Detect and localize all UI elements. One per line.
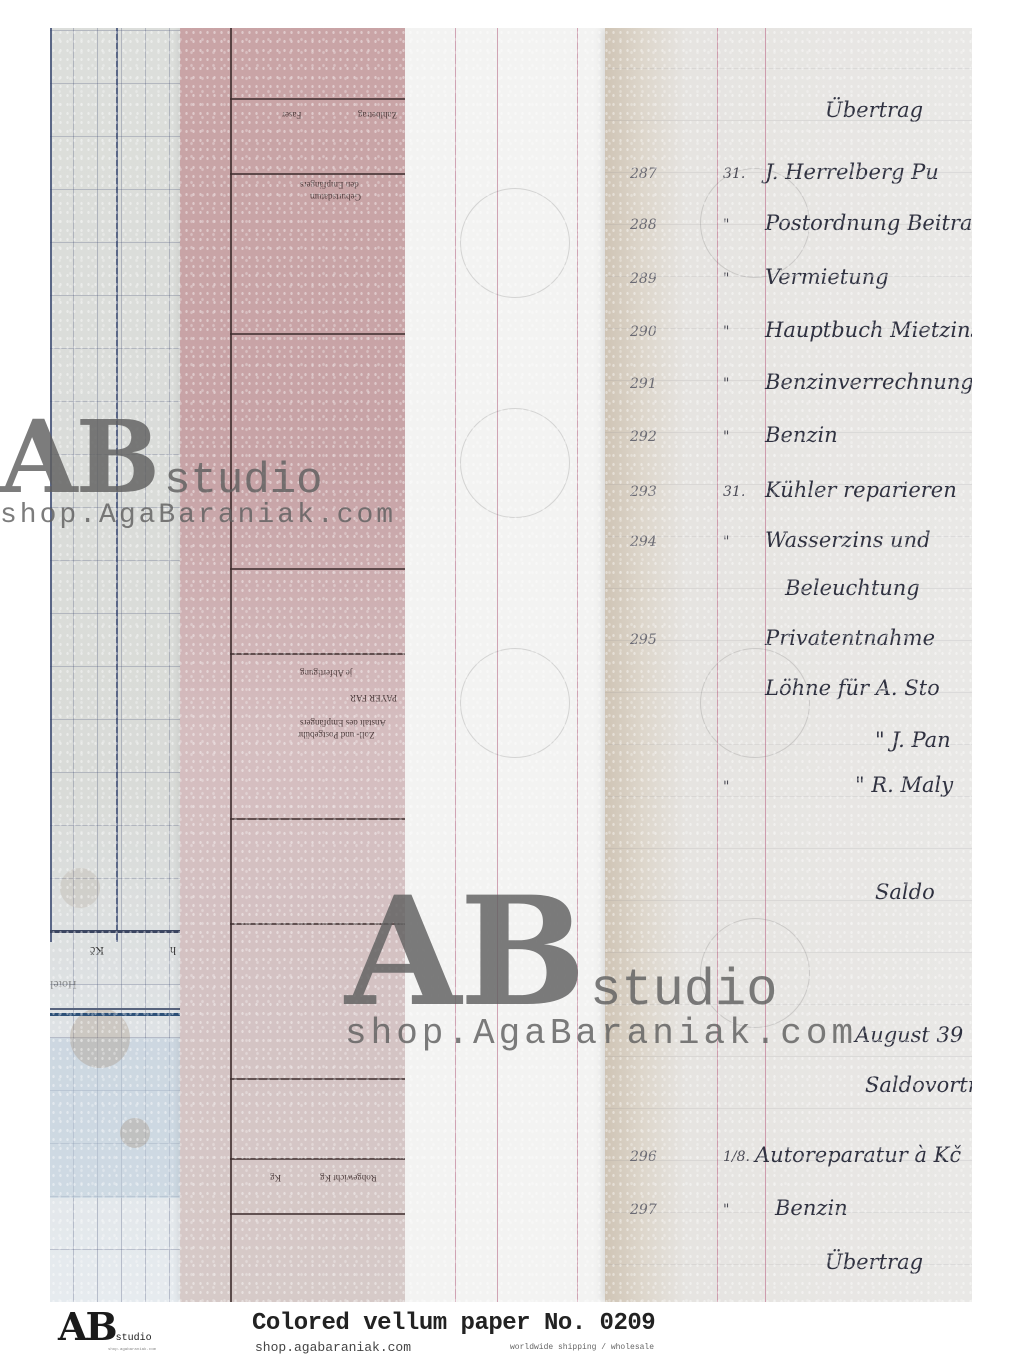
form-label: Faser xyxy=(282,110,302,120)
form-rule xyxy=(230,818,412,820)
form-label: Zahlbetrag xyxy=(358,110,397,120)
watermark-url: shop.AgaBaraniak.com xyxy=(345,1013,857,1054)
watermark-word: studio xyxy=(590,961,777,1020)
ledger-entry-text: " J. Pan xyxy=(875,728,951,752)
ledger-entry-text: Benzin xyxy=(765,423,838,447)
grid-label: h xyxy=(170,943,176,958)
pink-form-strip: Faser Zahlbetrag den Empfängers Geburtsd… xyxy=(180,28,412,1302)
form-label: Rohgewicht Kg xyxy=(320,1173,377,1183)
ledger-rule xyxy=(605,1056,972,1057)
form-label: den Empfängers xyxy=(300,180,359,190)
brand-logo: ABstudio shop.agabaraniak.com xyxy=(58,1304,152,1349)
form-rule xyxy=(230,98,412,100)
ledger-entry-text: Kühler reparieren xyxy=(765,478,957,502)
shipping-note: worldwide shipping / wholesale xyxy=(510,1343,654,1352)
ledger-entry-text: Saldovortrag xyxy=(865,1073,972,1097)
ledger-entry-number: 290 xyxy=(630,324,657,340)
ledger-entry-text: Beleuchtung xyxy=(785,576,920,600)
grid-label: Kč xyxy=(90,943,104,958)
ledger-entry-date: " xyxy=(723,217,729,233)
watermark-stamp xyxy=(460,648,570,758)
form-rule xyxy=(230,1213,412,1215)
watermark-stamp xyxy=(460,188,570,298)
form-rule xyxy=(230,173,412,175)
ledger-entry-text: Privatentnahme xyxy=(765,626,935,650)
ledger-entry-number: 296 xyxy=(630,1149,657,1165)
product-footer: ABstudio shop.agabaraniak.com Colored ve… xyxy=(0,1302,1036,1354)
ledger-entry-number: 287 xyxy=(630,166,657,182)
watermark-letters: AB xyxy=(0,398,158,516)
coffee-stain xyxy=(60,868,100,908)
grid-label: Hotel xyxy=(50,977,77,992)
ledger-entry-date: " xyxy=(723,1202,729,1218)
ledger-entry-date: " xyxy=(723,429,729,445)
handwritten-ledger-strip: Übertrag28731.J. Herrelberg Pu288"Postor… xyxy=(605,28,972,1302)
coffee-stain xyxy=(120,1118,150,1148)
ledger-entry-text: Postordnung Beitrag xyxy=(765,211,972,235)
logo-letters: AB xyxy=(58,1304,116,1349)
ledger-entry-text: Benzin xyxy=(775,1196,848,1220)
form-label: Anstalt des Empfängers xyxy=(300,718,386,728)
ledger-entry-date: " xyxy=(723,534,729,550)
watermark-stamp xyxy=(460,408,570,518)
ledger-entry-number: 297 xyxy=(630,1202,657,1218)
logo-tagline: shop.agabaraniak.com xyxy=(108,1348,156,1352)
ledger-entry-number: 294 xyxy=(630,534,657,550)
form-rule xyxy=(230,653,412,655)
ledger-entry-date: 31. xyxy=(723,166,745,182)
form-label: Kg xyxy=(270,1173,281,1183)
watermark-logo: ABstudio shop.AgaBaraniak.com xyxy=(345,880,857,1054)
watermark-word: studio xyxy=(164,456,322,506)
ledger-entry-date: " xyxy=(723,271,729,287)
form-label: Zoll- und Postgebühr xyxy=(298,730,375,740)
ledger-entry-number: 292 xyxy=(630,429,657,445)
ledger-entry-date: " xyxy=(723,376,729,392)
ledger-entry-text: Saldo xyxy=(875,880,935,904)
form-rule xyxy=(230,333,412,335)
form-rule xyxy=(230,28,232,1302)
product-title: Colored vellum paper No. 0209 xyxy=(252,1310,655,1337)
ledger-entry-text: Löhne für A. Sto xyxy=(765,676,940,700)
ledger-rule xyxy=(605,1108,972,1109)
white-vellum-strip xyxy=(405,28,615,1302)
ledger-entry-text: Übertrag xyxy=(825,98,923,122)
ledger-entry-date: 31. xyxy=(723,484,745,500)
form-rule xyxy=(230,1078,412,1080)
margin-line xyxy=(577,28,578,1302)
ledger-entry-text: " R. Maly xyxy=(855,773,953,797)
ledger-entry-text: Wasserzins und xyxy=(765,528,931,552)
ledger-entry-text: Hauptbuch Mietzins xyxy=(765,318,972,342)
ledger-entry-number: 295 xyxy=(630,632,657,648)
form-label: je Abfertigung xyxy=(300,668,352,678)
coffee-stain xyxy=(70,1008,130,1068)
margin-line xyxy=(455,28,456,1302)
ledger-entry-date: " xyxy=(723,324,729,340)
ledger-entry-number: 289 xyxy=(630,271,657,287)
ledger-entry-number: 293 xyxy=(630,484,657,500)
ledger-entry-text: Benzinverrechnung xyxy=(765,370,972,394)
form-rule xyxy=(230,568,412,570)
watermark-stamp xyxy=(700,648,810,758)
ledger-entry-text: Autoreparatur à Kč xyxy=(755,1143,961,1167)
ledger-entry-number: 288 xyxy=(630,217,657,233)
ledger-entry-text: Übertrag xyxy=(825,1250,923,1274)
ledger-rule xyxy=(605,68,972,69)
form-rule xyxy=(230,1158,412,1160)
ledger-entry-number: 291 xyxy=(630,376,657,392)
shop-url-link[interactable]: shop.agabaraniak.com xyxy=(255,1340,411,1354)
ledger-rule xyxy=(605,848,972,849)
logo-word: studio xyxy=(116,1333,152,1344)
vellum-paper-artwork: Kč h Hotel Preis Faser Zahlbetrag den Em… xyxy=(50,28,972,1302)
form-label: Geburtsdatum xyxy=(310,192,361,202)
ledger-entry-text: Vermietung xyxy=(765,265,889,289)
form-label: PAYER FAR xyxy=(350,693,397,703)
ledger-entry-text: August 39 xyxy=(855,1023,963,1047)
ledger-entry-text: J. Herrelberg Pu xyxy=(765,160,939,184)
ledger-entry-date: 1/8. xyxy=(723,1149,750,1165)
watermark-url: shop.AgaBaraniak.com xyxy=(0,500,396,531)
ledger-entry-date: " xyxy=(723,779,729,795)
watermark-logo: ABstudio shop.AgaBaraniak.com xyxy=(0,410,396,531)
